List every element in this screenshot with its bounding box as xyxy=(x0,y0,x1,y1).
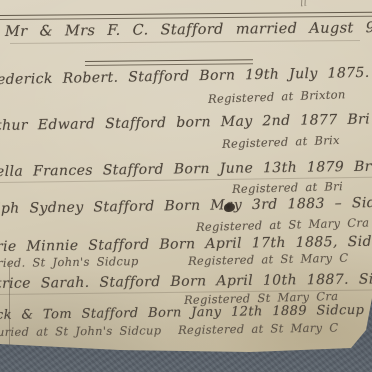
registration-note: Registered at Bri xyxy=(232,179,343,196)
ruling-line xyxy=(10,40,360,44)
header-ruled-line xyxy=(0,12,372,20)
register-paper: ll Mr & Mrs F. C. Stafford married Augst… xyxy=(0,0,372,356)
paper-crease xyxy=(9,262,10,346)
burial-note: uried at St John's Sidcup xyxy=(0,323,161,339)
registration-note: Registered at Brixton xyxy=(208,87,346,106)
birth-entry: lph Sydney Stafford Born May 3rd 1883 – … xyxy=(0,195,372,217)
divider-ruled-line xyxy=(85,59,253,66)
registration-note: Registered at Brix xyxy=(222,133,340,151)
registration-note: Registered at St Mary C xyxy=(178,320,339,337)
registration-note: Registered at St Mary C xyxy=(188,251,349,268)
cropped-writing-fragment: ll xyxy=(299,0,308,9)
birth-entry: thur Edward Stafford born May 2nd 1877 B… xyxy=(0,111,370,134)
burial-note: ried. St John's Sidcup xyxy=(0,254,139,270)
birth-entry: ederick Robert. Stafford Born 19th July … xyxy=(0,65,370,88)
registration-note: Registered at St Mary Cra xyxy=(196,215,370,234)
photo-of-register-page: ll Mr & Mrs F. C. Stafford married Augst… xyxy=(0,0,372,372)
marriage-entry: Mr & Mrs F. C. Stafford married Augst 9.… xyxy=(5,20,372,40)
